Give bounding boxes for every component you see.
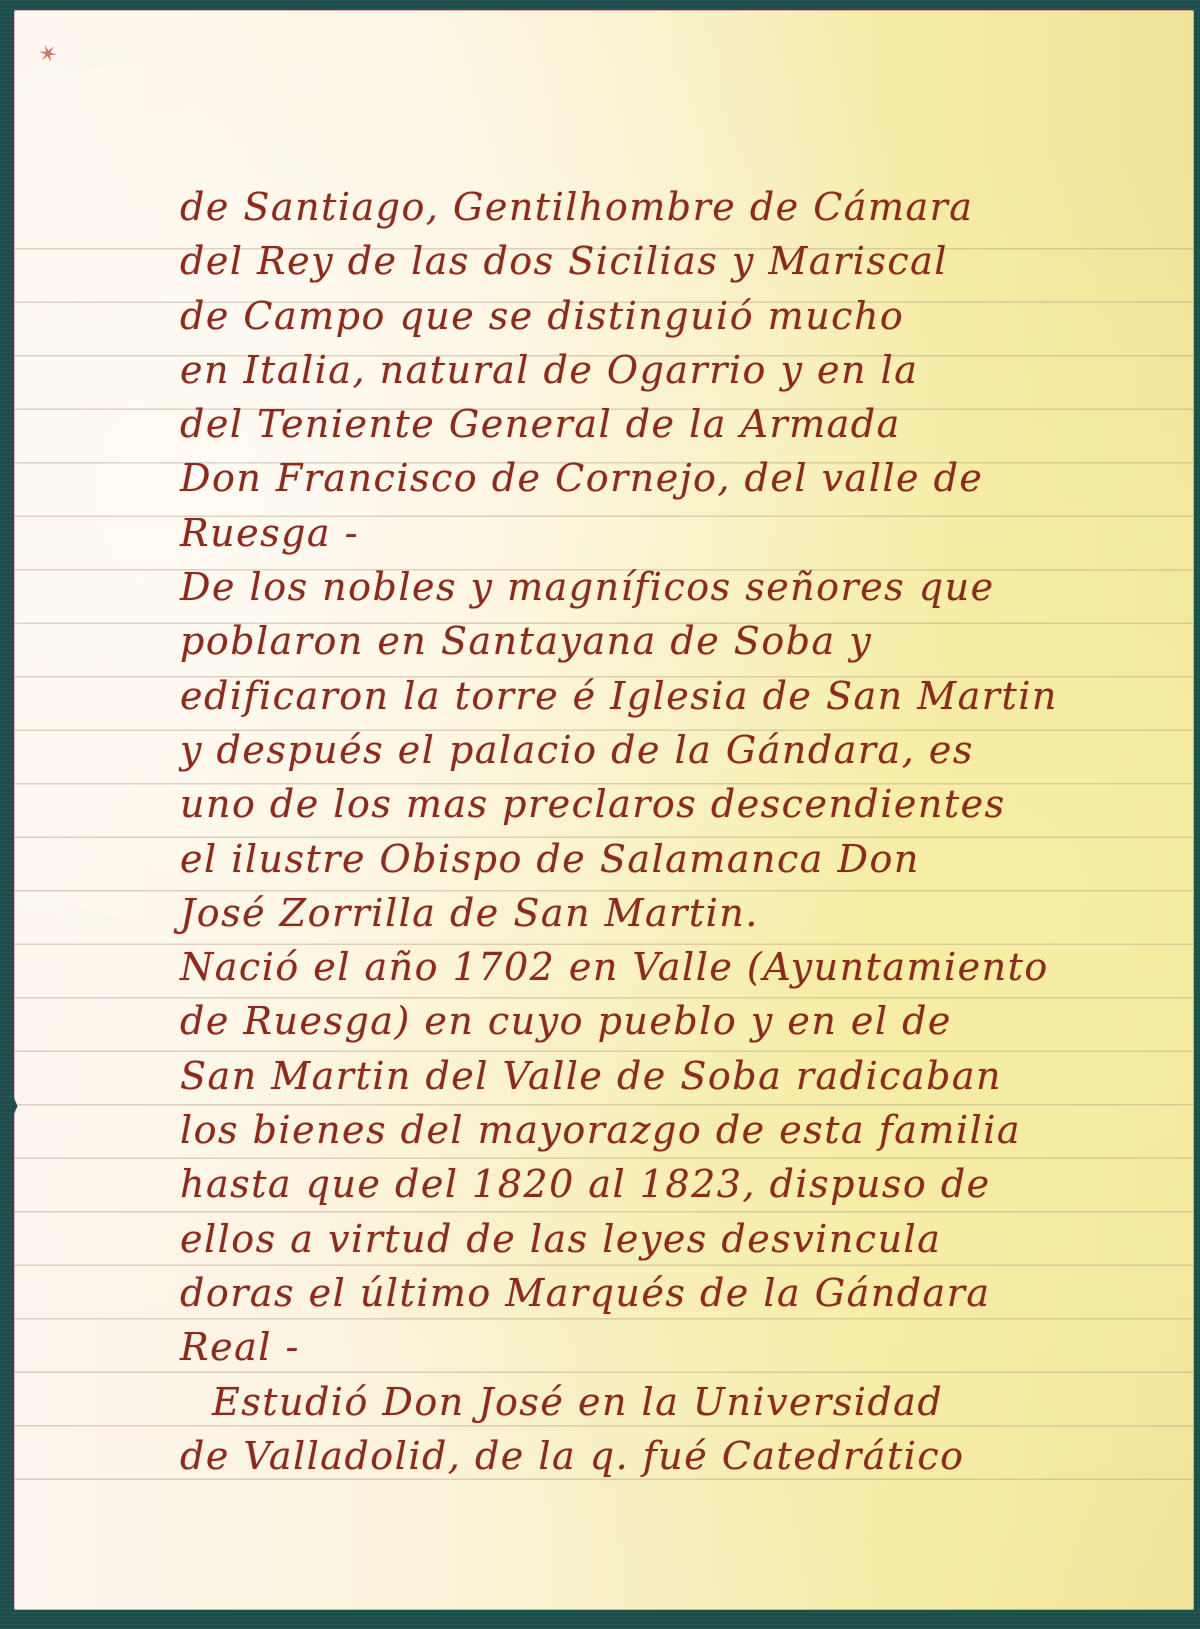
text-line-23: Estudió Don José en la Universidad	[180, 1375, 1160, 1429]
text-line-21: doras el último Marqués de la Gándara	[180, 1266, 1160, 1320]
text-line-8: De los nobles y magníficos señores que	[180, 560, 1160, 614]
text-line-10: edificaron la torre é Iglesia de San Mar…	[180, 669, 1160, 723]
text-line-12: uno de los mas preclaros descendientes	[180, 777, 1160, 831]
manuscript-text: de Santiago, Gentilhombre de Cámara del …	[180, 180, 1160, 1483]
text-line-18: los bienes del mayorazgo de esta familia	[180, 1103, 1160, 1157]
text-line-14: José Zorrilla de San Martin.	[180, 886, 1160, 940]
text-line-15: Nació el año 1702 en Valle (Ayuntamiento	[180, 940, 1160, 994]
text-line-16: de Ruesga) en cuyo pueblo y en el de	[180, 994, 1160, 1048]
text-line-19: hasta que del 1820 al 1823, dispuso de	[180, 1157, 1160, 1211]
text-line-3: de Campo que se distinguió mucho	[180, 289, 1160, 343]
text-line-6: Don Francisco de Cornejo, del valle de	[180, 451, 1160, 505]
text-line-4: en Italia, natural de Ogarrio y en la	[180, 343, 1160, 397]
text-line-9: poblaron en Santayana de Soba y	[180, 614, 1160, 668]
text-line-1: de Santiago, Gentilhombre de Cámara	[180, 180, 1160, 234]
text-line-13: el ilustre Obispo de Salamanca Don	[180, 832, 1160, 886]
text-line-5: del Teniente General de la Armada	[180, 397, 1160, 451]
text-line-17: San Martin del Valle de Soba radicaban	[180, 1049, 1160, 1103]
text-line-11: y después el palacio de la Gándara, es	[180, 723, 1160, 777]
text-line-22: Real -	[180, 1320, 1160, 1374]
margin-mark-icon: ✶	[34, 36, 67, 69]
text-line-20: ellos a virtud de las leyes desvincula	[180, 1212, 1160, 1266]
text-line-24: de Valladolid, de la q. fué Catedrático	[180, 1429, 1160, 1483]
text-line-2: del Rey de las dos Sicilias y Mariscal	[180, 234, 1160, 288]
text-line-7: Ruesga -	[180, 506, 1160, 560]
